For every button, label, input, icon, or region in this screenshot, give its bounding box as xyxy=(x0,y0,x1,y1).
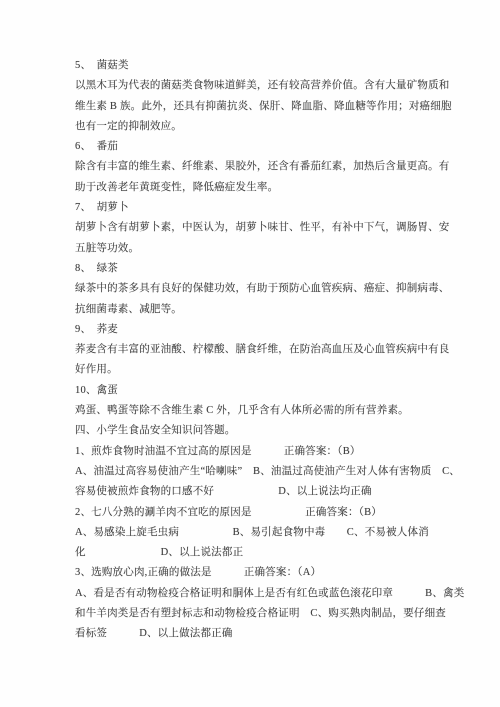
heading-item-10: 10、禽蛋 xyxy=(75,381,448,401)
question-1-options-line-1: A、油温过高容易使油产生“哈喇味” B、油温过高使油产生对人体有害物质 C、 xyxy=(75,462,448,482)
heading-item-6: 6、 番茄 xyxy=(75,137,448,157)
item-9-text-line-1: 荞麦含有丰富的亚油酸、柠檬酸、膳食纤维，在防治高血压及心血管疾病中有良 xyxy=(75,340,448,360)
question-2-options-line-2: 化 D、以上说法都正 xyxy=(75,543,448,563)
item-5-text-line-1: 以黑木耳为代表的菌菇类食物味道鲜美，还有较高营养价值。含有大量矿物质和 xyxy=(75,76,448,96)
item-8-text-line-1: 绿茶中的茶多具有良好的保健功效，有助于预防心血管疾病、癌症、抑制病毒、 xyxy=(75,279,448,299)
item-6-text-line-1: 除含有丰富的维生素、纤维素、果胶外，还含有番茄红素，加热后含量更高。有 xyxy=(75,157,448,177)
question-3-options-line-3: 看标签 D、以上做法都正确 xyxy=(75,624,448,644)
heading-item-8: 8、 绿茶 xyxy=(75,259,448,279)
item-5-text-line-2: 维生素 B 族。此外，还具有抑菌抗炎、保肝、降血脂、降血糖等作用；对癌细胞 xyxy=(75,97,448,117)
question-2-prompt: 2、七八分熟的涮羊肉不宜吃的原因是 正确答案：（B） xyxy=(75,503,448,523)
item-8-text-line-2: 抗细菌毒素、减肥等。 xyxy=(75,300,448,320)
question-1-prompt: 1、煎炸食物时油温不宜过高的原因是 正确答案：（B） xyxy=(75,442,448,462)
question-2-options-line-1: A、易感染上旋毛虫病 B、易引起食物中毒 C、不易被人体消 xyxy=(75,523,448,543)
item-10-text-line-1: 鸡蛋、鸭蛋等除不含维生素 C 外，几乎含有人体所必需的所有营养素。 xyxy=(75,401,448,421)
item-5-text-line-3: 也有一定的抑制效应。 xyxy=(75,117,448,137)
item-7-text-line-2: 五脏等功效。 xyxy=(75,239,448,259)
item-9-text-line-2: 好作用。 xyxy=(75,360,448,380)
question-3-prompt: 3、选购放心肉,正确的做法是 正确答案：（A） xyxy=(75,563,448,583)
item-6-text-line-2: 助于改善老年黄斑变性，降低癌症发生率。 xyxy=(75,178,448,198)
question-3-options-line-2: 和牛羊肉类是否有塑封标志和动物检疫合格证明 C、购买熟肉制品，要仔细查 xyxy=(75,604,448,624)
heading-item-5: 5、 菌菇类 xyxy=(75,56,448,76)
document-page: 5、 菌菇类 以黑木耳为代表的菌菇类食物味道鲜美，还有较高营养价值。含有大量矿物… xyxy=(0,0,500,707)
heading-item-9: 9、 荞麦 xyxy=(75,320,448,340)
section-4-heading: 四、小学生食品安全知识问答题。 xyxy=(75,421,448,441)
question-1-options-line-2: 容易使被煎炸食物的口感不好 D、以上说法均正确 xyxy=(75,482,448,502)
item-7-text-line-1: 胡萝卜含有胡萝卜素，中医认为，胡萝卜味甘、性平，有补中下气，调肠胃、安 xyxy=(75,218,448,238)
document-text-block: 5、 菌菇类 以黑木耳为代表的菌菇类食物味道鲜美，还有较高营养价值。含有大量矿物… xyxy=(75,56,448,645)
question-3-options-line-1: A、看是否有动物检疫合格证明和胴体上是否有红色或蓝色滚花印章 B、禽类 xyxy=(75,584,448,604)
heading-item-7: 7、 胡萝卜 xyxy=(75,198,448,218)
